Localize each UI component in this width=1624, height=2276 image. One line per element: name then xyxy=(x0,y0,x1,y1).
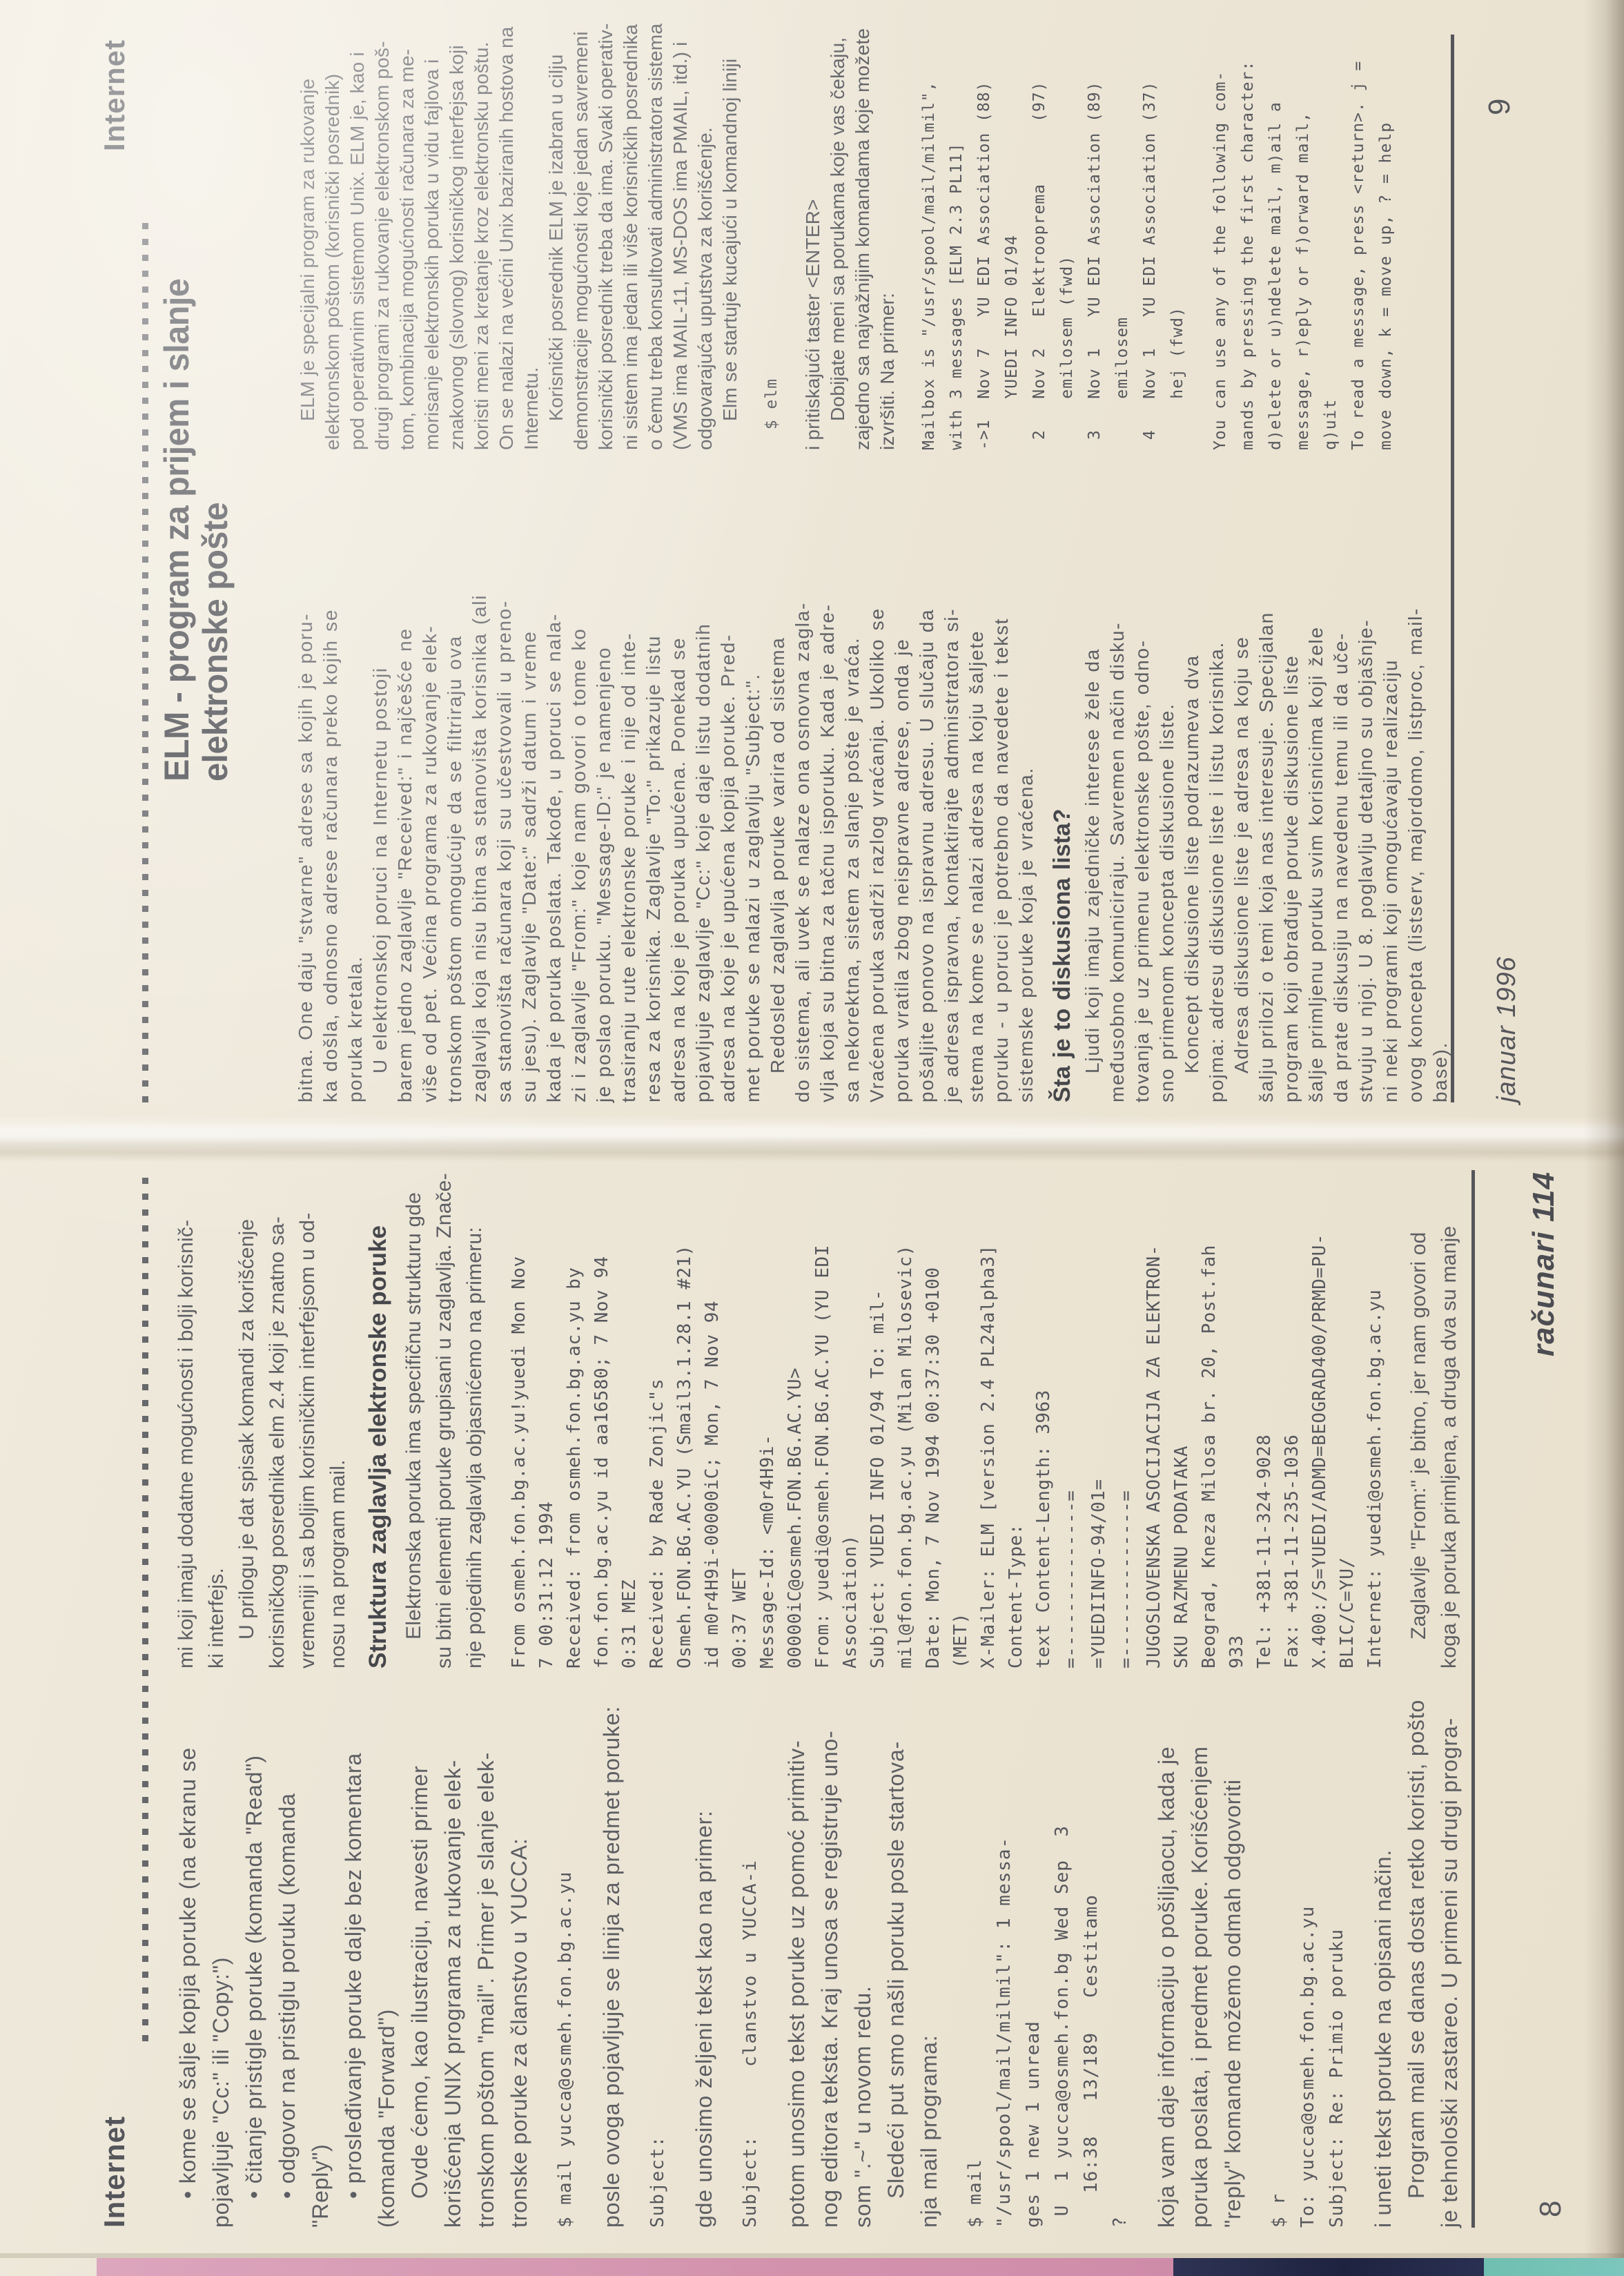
monospace-line: Subject: YUEDI INFO 01/94 To: mil- xyxy=(864,1158,892,1669)
text-line: On se nalazi na većini Unix baziranih ho… xyxy=(494,0,519,450)
monospace-line: SKU RAZMENU PODATAKA xyxy=(1168,1158,1195,1669)
text-line: i uneti tekst poruke na opisani način. xyxy=(1367,1689,1400,2228)
line-gap xyxy=(536,1689,551,2228)
text-line: vlja koja su bitna za tačnu isporuku. Ka… xyxy=(815,488,840,1102)
scanned-magazine-spread: { "page9": { "header": { "section": "Int… xyxy=(0,0,1624,2276)
line-gap xyxy=(743,0,758,450)
line-gap xyxy=(1191,0,1206,450)
text-line: • čitanje pristigle poruke (komanda "Rea… xyxy=(237,1689,271,2228)
text-line: i pritiskajući taster <ENTER> xyxy=(801,0,825,450)
monospace-line: =--------------= xyxy=(1057,1158,1085,1669)
monospace-line: message, r)eply or f)orward mail, xyxy=(1289,0,1317,450)
monospace-line: 3 Nov 1 YU EDI Association (89) xyxy=(1081,0,1108,450)
text-line: do sistema, ali uvek se nalaze ona osnov… xyxy=(790,488,815,1102)
monospace-line: move down, k = move up, ? = help xyxy=(1372,0,1400,450)
text-line: barem jedno zaglavlje "Received:" i najč… xyxy=(393,488,418,1102)
text-line: Redosled zaglavlja poruke varira od sist… xyxy=(765,488,790,1102)
text-line: tronskom poštom "mail". Primer je slanje… xyxy=(469,1689,502,2228)
text-line: adresa na koje je upućena kopija poruke.… xyxy=(716,488,741,1102)
text-line: pojavljuje "Cc:" ili "Copy:") xyxy=(204,1689,237,2228)
monospace-line: 00:37 WET xyxy=(726,1158,754,1669)
monospace-line: =YUEDIINFO-94/01= xyxy=(1085,1158,1113,1669)
text-line: znakovnog (slovnog) korisničkog interfej… xyxy=(444,0,469,450)
monospace-line: 00000iC@osmeh.FON.BG.AC.YU> xyxy=(781,1158,809,1669)
line-gap xyxy=(1249,1689,1264,2228)
text-line: pošaljite ponovo na ispravnu adresu. U s… xyxy=(914,488,939,1102)
line-gap xyxy=(1135,1689,1150,2228)
monospace-line: $ mail yucca@osmeh.fon.bg.ac.yu xyxy=(551,1689,580,2228)
text-line: Program mail se danas dosta retko korist… xyxy=(1400,1689,1433,2228)
headline-line-1: ELM - program za prijem i slanje xyxy=(157,279,196,781)
text-line: Adresa diskusione liste je adresa na koj… xyxy=(1229,488,1254,1102)
text-line: su jesu). Zaglavlje "Date:" sadrži datum… xyxy=(517,488,542,1102)
page-edge-line xyxy=(0,2253,1624,2258)
text-line: ni neki programi koji omogućavaju realiz… xyxy=(1378,488,1403,1102)
monospace-line: q)uit xyxy=(1317,0,1344,450)
text-line: međusobno komuniciraju. Savremen način d… xyxy=(1105,488,1130,1102)
text-line: resa za korisnika. Zaglavlje "To:" prika… xyxy=(641,488,666,1102)
text-line: Internetu. xyxy=(519,0,544,450)
monospace-line: U 1 yucca@osmeh.fon.bg Wed Sep 3 xyxy=(1048,1689,1077,2228)
monospace-line: From osmeh.fon.bg.ac.yu!yuedi Mon Nov xyxy=(505,1158,533,1669)
text-line: nja mail programa: xyxy=(912,1689,946,2228)
monospace-line: 4 Nov 1 YU EDI Association (37) xyxy=(1136,0,1164,450)
monospace-line: emilosem xyxy=(1108,0,1136,450)
text-line: ovog koncepta (listserv, majordomo, list… xyxy=(1403,488,1428,1102)
monospace-line: Message-Id: <m0r4H9i- xyxy=(754,1158,781,1669)
line-gap xyxy=(490,1158,505,1669)
monospace-line: To read a message, press <return>. j = xyxy=(1344,0,1372,450)
text-line: stema na kome se nalazi adresa na koju š… xyxy=(964,488,989,1102)
text-line: adresa na koje je poruka upućena. Poneka… xyxy=(666,488,691,1102)
text-line: tronske poruke za članstvo u YUCCA: xyxy=(502,1689,536,2228)
line-gap xyxy=(580,1689,595,2228)
line-gap xyxy=(672,1689,687,2228)
text-line: tom, kombinacija mogućnosti računara za … xyxy=(395,0,420,450)
text-line: šalje primljenu poruku svim korisnicima … xyxy=(1304,488,1329,1102)
text-line: nog editora teksta. Kraj unosa se regist… xyxy=(813,1689,846,2228)
column-right: mi koji imaju dodatne mogućnosti i bolji… xyxy=(171,1158,1465,1669)
page-edge-strip-navy xyxy=(1173,2258,1484,2276)
monospace-line: ->1 Nov 7 YU EDI Association (88) xyxy=(970,0,998,450)
text-line: zi i zaglavlje "From:" koje nam govori o… xyxy=(567,488,591,1102)
text-line: pojma: adresu diskusione liste i listu k… xyxy=(1204,488,1229,1102)
text-line: demonstracije mogućnosti koje jedan savr… xyxy=(569,0,594,450)
monospace-line: 0:31 MEZ xyxy=(616,1158,643,1669)
text-line: sistemske poruke koja je vraćena. xyxy=(1014,488,1039,1102)
column-left: • kome se šalje kopija poruke (na ekranu… xyxy=(171,1689,1466,2228)
text-line: Korisnički posrednik ELM je izabran u ci… xyxy=(544,0,569,450)
dotted-rule xyxy=(142,1170,148,2041)
text-line: nosu na program mail. xyxy=(323,1158,353,1669)
text-line: "Reply") xyxy=(304,1689,337,2228)
text-line: Vraćena poruka sadrži razlog vraćanja. U… xyxy=(865,488,890,1102)
footer-rule xyxy=(1451,35,1454,1102)
text-line: • kome se šalje kopija poruke (na ekranu… xyxy=(171,1689,204,2228)
monospace-line: "/usr/spool/mail/milmil": 1 messa- xyxy=(990,1689,1019,2228)
text-line: trasiranju rute elektronske poruke i nij… xyxy=(616,488,641,1102)
text-line: koristi meni za kretanje kroz elektronsk… xyxy=(469,0,494,450)
text-line: som ".~" u novom redu. xyxy=(846,1689,879,2228)
text-line: ni sistem ima jedan ili više korisničkih… xyxy=(618,0,643,450)
text-line: bitna. One daju "stvarne" adrese sa koji… xyxy=(293,488,318,1102)
text-line: sa stanovišta računara koji su učestvova… xyxy=(492,488,517,1102)
monospace-line: BLIC/C=YU/ xyxy=(1333,1158,1361,1669)
page-edge-strip-pink xyxy=(97,2258,1173,2276)
text-line: tronskom poštom omogućuje da se filtrira… xyxy=(442,488,467,1102)
monospace-line: 16:38 13/189 Cestitamo xyxy=(1077,1689,1106,2228)
text-line: U elektronskoj poruci na Internetu posto… xyxy=(368,488,393,1102)
text-line: koja vam daje informaciju o pošiljaocu, … xyxy=(1150,1689,1183,2228)
text-line: poruka vratila zbog neispravne adrese, o… xyxy=(890,488,914,1102)
monospace-line: Date: Mon, 7 Nov 1994 00:37:30 +0100 xyxy=(919,1158,947,1669)
line-gap xyxy=(946,1689,961,2228)
monospace-line: Subject: Re: Primio poruku xyxy=(1322,1689,1351,2228)
monospace-line: Content-Type: xyxy=(1002,1158,1030,1669)
monospace-line: emilosem (fwd) xyxy=(1053,0,1081,450)
page-number: 9 xyxy=(1483,99,1517,115)
monospace-line: Beograd, Kneza Milosa br. 20, Post.fah xyxy=(1195,1158,1223,1669)
text-line: pod operativnim sistemom Unix. ELM je, k… xyxy=(345,0,370,450)
text-line: program koji obrađuje poruke diskusione … xyxy=(1279,488,1304,1102)
text-line: "reply" komande možemo odmah odgovoriti xyxy=(1216,1689,1249,2228)
text-line: (komanda "Forward") xyxy=(370,1689,403,2228)
text-line: više od pet. Većina programa za rukovanj… xyxy=(418,488,442,1102)
text-line: tovanja je uz primenu elektronske pošte,… xyxy=(1130,488,1155,1102)
magazine-name: računari 114 xyxy=(1527,1171,1561,1558)
text-line: base). xyxy=(1428,488,1453,1102)
monospace-line: 933 xyxy=(1223,1158,1251,1669)
text-line: Elm se startuje kucajući u komandnoj lin… xyxy=(718,0,743,450)
monospace-line: Subject: xyxy=(643,1689,672,2228)
subheading-line: Šta je to diskusiona lista? xyxy=(1039,488,1080,1102)
monospace-line: Osmeh.FON.BG.AC.YU (Smail3.1.28.1 #21) xyxy=(671,1158,698,1669)
line-gap xyxy=(765,1689,780,2228)
line-gap xyxy=(628,1689,643,2228)
text-line: potom unosimo tekst poruke uz pomoć prim… xyxy=(780,1689,813,2228)
text-line: ki interfejs. xyxy=(202,1158,232,1669)
monospace-line: mands by pressing the first character: xyxy=(1234,0,1262,450)
text-line: korišćenja UNIX programa za rukovanje el… xyxy=(436,1689,469,2228)
article-headline: ELM - program za prijem i slanje elektro… xyxy=(157,279,235,781)
text-line: Zaglavlje "From:" je bitno, jer nam govo… xyxy=(1404,1158,1434,1669)
text-line: odgovarajuća uputstva za korišćenje. xyxy=(693,0,718,450)
monospace-line: $ elm xyxy=(758,0,785,450)
text-line: vremeniji i sa boljim korisničkim interf… xyxy=(293,1158,323,1669)
monospace-line: To: yucca@osmeh.fon.bg.ac.yu xyxy=(1293,1689,1322,2228)
monospace-line: X-Mailer: ELM [version 2.4 PL24alpha3] xyxy=(975,1158,1002,1669)
text-line: poruka kretala. xyxy=(343,488,368,1102)
page-header-section: Internet xyxy=(98,39,131,412)
monospace-line: (MET) xyxy=(947,1158,975,1669)
page-edge-strip-teal xyxy=(1484,2258,1624,2276)
monospace-line: hej (fwd) xyxy=(1164,0,1191,450)
text-line: nje pojedinih zaglavlja objasnićemo na p… xyxy=(460,1158,490,1669)
monospace-line: Mailbox is "/usr/spool/mail/milmil", xyxy=(915,0,943,450)
line-gap xyxy=(900,0,915,450)
monospace-line: with 3 messages [ELM 2.3 PL11] xyxy=(943,0,970,450)
monospace-line: 7 00:31:12 1994 xyxy=(533,1158,560,1669)
monospace-line: Fax: +381-11-235-1036 xyxy=(1278,1158,1306,1669)
line-gap xyxy=(1351,1689,1367,2228)
text-line: su bitni elementi poruke grupisani u zag… xyxy=(429,1158,460,1669)
text-line: drugi programi za rukovanje elektronskom… xyxy=(370,0,395,450)
column-left: bitna. One daju "stvarne" adrese sa koji… xyxy=(293,488,1453,1102)
monospace-line: Received: by Rade Zonjic"s xyxy=(643,1158,671,1669)
text-line: met poruke se nalazi u zaglavlju "Subjec… xyxy=(741,488,765,1102)
text-line: pojavljuje zaglavlje "Cc:" koje daje lis… xyxy=(691,488,716,1102)
monospace-line: fon.fon.bg.ac.yu id aa16580; 7 Nov 94 xyxy=(588,1158,616,1669)
text-line: o čemu treba konsultovati administratora… xyxy=(643,0,668,450)
text-line: • prosleđivanje poruke dalje bez komenta… xyxy=(337,1689,370,2228)
text-line: da prate diskusiju na navedenu temu ili … xyxy=(1329,488,1353,1102)
page-number: 8 xyxy=(1534,2201,1568,2217)
monospace-line: From: yuedi@osmeh.FON.BG.AC.YU (YU EDI xyxy=(809,1158,837,1669)
headline-line-2: elektronske pošte xyxy=(196,279,235,781)
text-line: šalju prilozi o temi koja nas interesuje… xyxy=(1254,488,1279,1102)
monospace-line: Tel: +381-11-324-9028 xyxy=(1251,1158,1278,1669)
text-line: elektronskom poštom (korisnički posredni… xyxy=(320,0,345,450)
monospace-line: ges 1 new 1 unread xyxy=(1019,1689,1048,2228)
page-9: Internet ELM - program za prijem i slanj… xyxy=(0,0,1624,1137)
text-line: poruku - u poruci je potrebno da navedet… xyxy=(989,488,1014,1102)
text-line: sa nekorektna, sistem za slanje pošte je… xyxy=(840,488,865,1102)
text-line: Elektronska poruka ima specifičnu strukt… xyxy=(399,1158,429,1669)
page-header-section: Internet xyxy=(98,2116,131,2228)
text-line: Dobijate meni sa porukama koje vas čekaj… xyxy=(825,0,850,450)
monospace-line: JUGOSLOVENSKA ASOCIJACIJA ZA ELEKTRON- xyxy=(1140,1158,1168,1669)
text-line: Sledeći put smo našli poruku posle start… xyxy=(879,1689,912,2228)
text-line: Ovde ćemo, kao ilustraciju, navesti prim… xyxy=(403,1689,436,2228)
text-line: je poslao poruku. "Message-ID:" je namen… xyxy=(591,488,616,1102)
text-line: ka došla, odnosno adrese računara preko … xyxy=(318,488,343,1102)
monospace-line: id m0r4H9i-00000iC; Mon, 7 Nov 94 xyxy=(698,1158,726,1669)
line-gap xyxy=(1389,1158,1404,1669)
scan-edge-shadow xyxy=(1584,0,1624,2276)
monospace-line: Association) xyxy=(837,1158,864,1669)
text-line: (VMS ima MAIL-11, MS-DOS ima PMAIL, itd.… xyxy=(668,0,693,450)
line-gap xyxy=(785,0,801,450)
text-line: posle ovoga pojavljuje se linija za pred… xyxy=(595,1689,628,2228)
text-line: mi koji imaju dodatne mogućnosti i bolji… xyxy=(171,1158,202,1669)
text-line: poruka poslata, i predmet poruke. Korišć… xyxy=(1183,1689,1216,2228)
text-line: • odgovor na pristiglu poruku (komanda xyxy=(271,1689,304,2228)
text-line: Koncept diskusione liste podrazumeva dva xyxy=(1180,488,1204,1102)
footer-rule xyxy=(1471,1170,1475,2228)
text-line: sno primenom koncepta diskusione liste. xyxy=(1155,488,1180,1102)
text-line: zaglavlja koja nisu bitna sa stanovišta … xyxy=(467,488,492,1102)
monospace-line: text Content-Length: 3963 xyxy=(1030,1158,1057,1669)
text-line: je adresa ispravna, kontaktirajte admini… xyxy=(939,488,964,1102)
text-line: je tehnološki zastareo. U primeni su dru… xyxy=(1433,1689,1466,2228)
subheading-line: Struktura zaglavlja elektronske poruke xyxy=(353,1158,399,1669)
column-right: ELM je specijalni program za rukovanjeel… xyxy=(295,0,1400,450)
page-8: Internet • kome se šalje kopija poruke (… xyxy=(0,1139,1624,2276)
monospace-line: =--------------= xyxy=(1113,1158,1140,1669)
text-line: U prilogu je dat spisak komandi za koriš… xyxy=(232,1158,262,1669)
monospace-line: Received: from osmeh.fon.bg.ac.yu by xyxy=(560,1158,588,1669)
text-line: gde unosimo željeni tekst kao na primer: xyxy=(687,1689,721,2228)
monospace-line: d)elete or u)ndelete mail, m)ail a xyxy=(1262,0,1289,450)
monospace-line: You can use any of the following com- xyxy=(1206,0,1234,450)
monospace-line: mil@fon.fon.bg.ac.yu (Milan Milosevic) xyxy=(892,1158,919,1669)
text-line: kada je poruka poslata. Takođe, u poruci… xyxy=(542,488,567,1102)
text-line: koga je poruka primljena, a druga dva su… xyxy=(1434,1158,1465,1669)
monospace-line: Internet: yuedi@osmeh.fon.bg.ac.yu xyxy=(1361,1158,1389,1669)
text-line: morisanje elektronskih poruka u vidu faj… xyxy=(420,0,444,450)
text-line: izvršiti. Na primer: xyxy=(875,0,900,450)
monospace-line: YUEDI INFO 01/94 xyxy=(998,0,1026,450)
text-line: korisnički posrednik treba da ima. Svaki… xyxy=(594,0,618,450)
issue-date: januar 1996 xyxy=(1492,956,1522,1102)
line-gap xyxy=(721,1689,736,2228)
monospace-line: $ mail xyxy=(961,1689,990,2228)
text-line: ELM je specijalni program za rukovanje xyxy=(295,0,320,450)
dotted-rule xyxy=(142,219,148,1102)
monospace-line: Subject: clanstvo u YUCCA-i xyxy=(736,1689,765,2228)
text-line: stvuju u njoj. U 8. poglavlju detaljno s… xyxy=(1353,488,1378,1102)
monospace-line: 2 Nov 2 Elektrooprema (97) xyxy=(1026,0,1053,450)
monospace-line: $ r xyxy=(1264,1689,1293,2228)
monospace-line: X.400:/S=YUEDI/ADMD=BEOGRAD400/PRMD=PU- xyxy=(1306,1158,1333,1669)
text-line: korisničkog posrednika elm 2.4 koji je z… xyxy=(262,1158,293,1669)
monospace-line: ? xyxy=(1106,1689,1135,2228)
text-line: zajedno sa najvažnijim komandama koje mo… xyxy=(850,0,875,450)
fold-shadow xyxy=(0,1122,1624,1161)
text-line: Ljudi koji imaju zajedničke interese žel… xyxy=(1080,488,1105,1102)
